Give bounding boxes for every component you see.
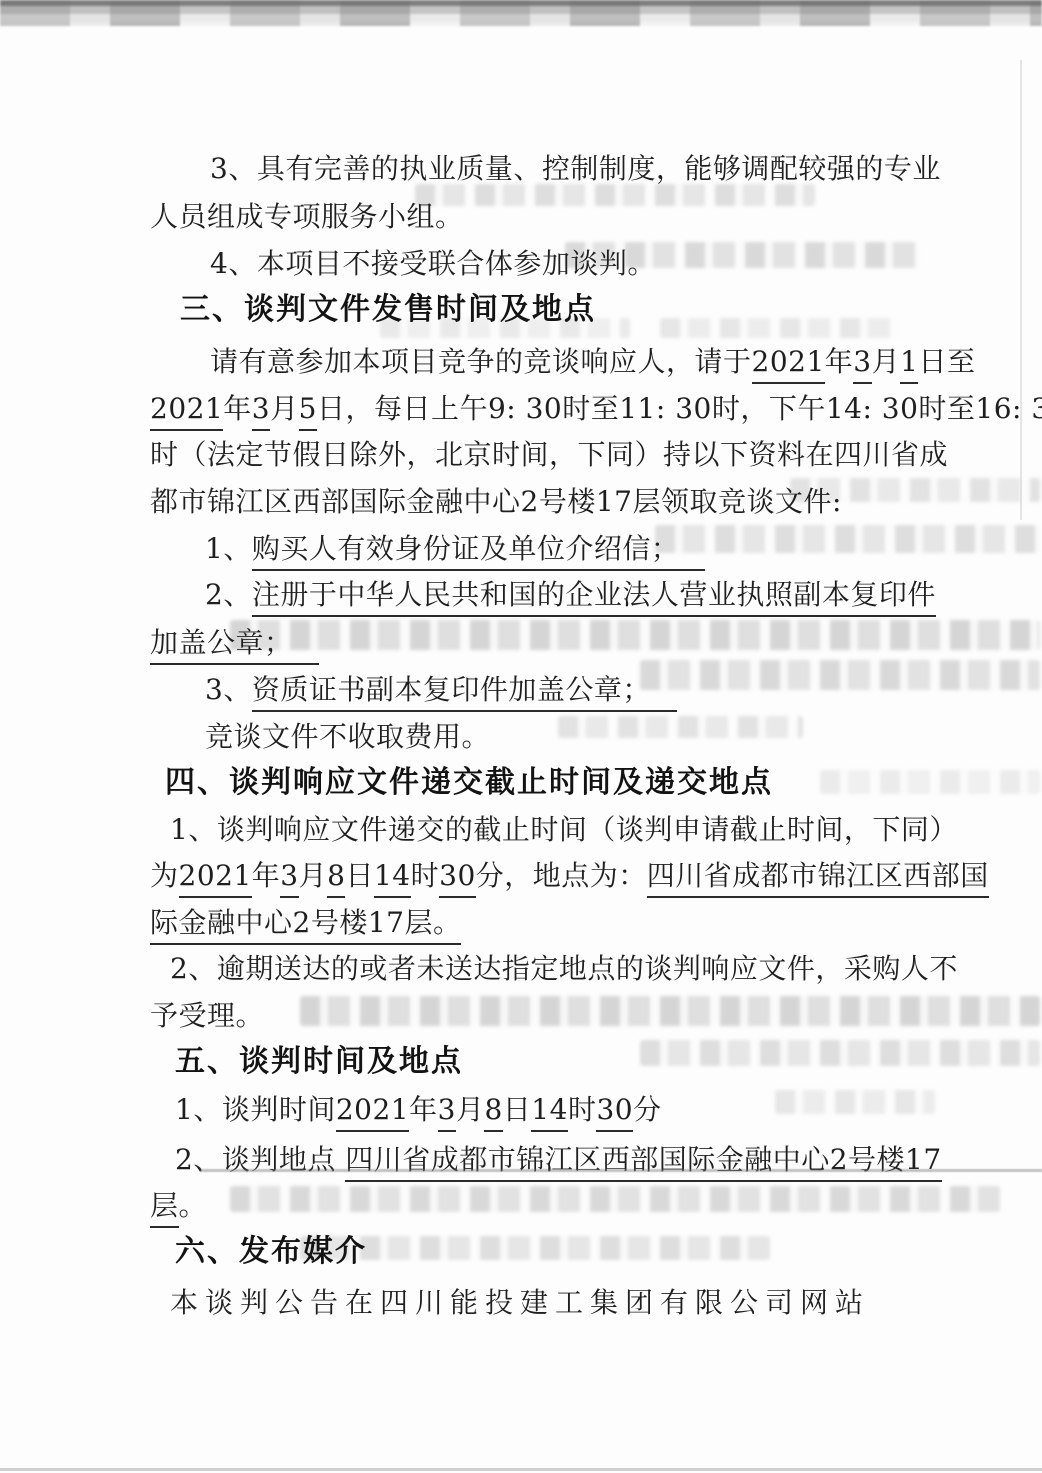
- text-segment: 月: [299, 859, 328, 893]
- text-segment: 为: [150, 859, 179, 893]
- text-line: 为2021年3月8日14时30分，地点为：四川省成都市锦江区西部国: [150, 859, 989, 898]
- text-segment: 分，地点为：: [476, 859, 647, 893]
- text-line: 2、注册于中华人民共和国的企业法人营业执照副本复印件: [205, 578, 936, 617]
- ghost-text-band: [230, 1186, 1000, 1212]
- text-line: 加盖公章；: [150, 626, 319, 665]
- text-segment: 3、: [205, 673, 252, 707]
- ghost-text-band: [640, 660, 1040, 690]
- text-segment: 时（法定节假日除外，北京时间，下同）持以下资料在四川省成: [150, 438, 948, 472]
- ghost-text-band: [415, 184, 815, 206]
- underlined-text-segment: 层: [150, 1189, 179, 1228]
- text-segment: 1、: [205, 532, 252, 566]
- text-segment: 本谈判公告在四川能投建工集团有限公司网站: [170, 1286, 870, 1320]
- text-line: 3、资质证书副本复印件加盖公章；: [205, 673, 677, 712]
- underlined-text-segment: 资质证书副本复印件加盖公章；: [252, 673, 677, 712]
- ghost-text-band: [660, 318, 900, 338]
- text-line: 层。: [150, 1189, 207, 1228]
- underlined-text-segment: 30: [439, 859, 476, 898]
- underlined-text-segment: 3: [438, 1093, 456, 1132]
- scan-edge-artifact-bottom: [0, 1468, 1042, 1471]
- ghost-text-band: [775, 1090, 935, 1114]
- text-segment: 1、谈判时间: [175, 1093, 336, 1127]
- text-line: 1、购买人有效身份证及单位介绍信；: [205, 532, 705, 571]
- underlined-text-segment: 2021: [179, 859, 252, 898]
- underlined-text-segment: 30: [596, 1093, 633, 1132]
- text-segment: 时: [411, 859, 440, 893]
- underlined-text-segment: 5: [299, 392, 317, 431]
- text-segment: 三、谈判文件发售时间及地点: [180, 293, 596, 327]
- text-segment: 时: [568, 1093, 597, 1127]
- underlined-text-segment: 2021: [752, 345, 825, 384]
- ghost-text-band: [558, 716, 803, 738]
- text-line: 都市锦江区西部国际金融中心2号楼17层领取竞谈文件:: [150, 485, 842, 519]
- text-segment: 四、谈判响应文件递交截止时间及递交地点: [165, 766, 773, 800]
- text-segment: 年: [409, 1093, 438, 1127]
- section-heading: 五、谈判时间及地点: [175, 1045, 463, 1079]
- text-segment: 月: [872, 345, 901, 379]
- text-segment: 人员组成专项服务小组。: [150, 200, 464, 234]
- text-line: 际金融中心2号楼17层。: [150, 906, 461, 945]
- text-line: 予受理。: [150, 999, 264, 1033]
- text-line: 时（法定节假日除外，北京时间，下同）持以下资料在四川省成: [150, 438, 948, 472]
- section-heading: 四、谈判响应文件递交截止时间及递交地点: [165, 766, 773, 800]
- text-segment: 五、谈判时间及地点: [175, 1045, 463, 1079]
- text-segment: 2、逾期送达的或者未送达指定地点的谈判响应文件，采购人不: [170, 952, 958, 986]
- text-segment: 分: [633, 1093, 662, 1127]
- underlined-text-segment: 8: [484, 1093, 502, 1132]
- ghost-text-band: [655, 525, 1040, 553]
- text-line: 竞谈文件不收取费用。: [205, 720, 490, 754]
- text-segment: 日: [345, 859, 374, 893]
- scan-edge-artifact-top: [0, 0, 1042, 26]
- scan-edge-artifact-right: [1020, 60, 1022, 520]
- text-line: 2、谈判地点 四川省成都市锦江区西部国际金融中心2号楼17: [175, 1143, 942, 1182]
- ghost-text-band: [230, 620, 1040, 650]
- text-line: 1、谈判时间2021年3月8日14时30分: [175, 1093, 662, 1132]
- text-segment: 年: [223, 392, 252, 426]
- underlined-text-segment: 注册于中华人民共和国的企业法人营业执照副本复印件: [252, 578, 936, 617]
- text-segment: 月: [456, 1093, 485, 1127]
- underlined-text-segment: 8: [327, 859, 345, 898]
- underlined-text-segment: 1: [900, 345, 918, 384]
- text-segment: 请有意参加本项目竞争的竞谈响应人，请于: [210, 345, 752, 379]
- scanned-document-page: 3、具有完善的执业质量、控制制度，能够调配较强的专业人员组成专项服务小组。4、本…: [0, 0, 1042, 1473]
- scan-line-artifact: [200, 1169, 1042, 1172]
- text-segment: 日: [503, 1093, 532, 1127]
- underlined-text-segment: 加盖公章；: [150, 626, 319, 665]
- text-line: 1、谈判响应文件递交的截止时间（谈判申请截止时间，下同）: [170, 813, 958, 847]
- section-heading: 六、发布媒介: [175, 1235, 367, 1269]
- text-segment: 日至: [918, 345, 975, 379]
- text-segment: 1、谈判响应文件递交的截止时间（谈判申请截止时间，下同）: [170, 813, 958, 847]
- underlined-text-segment: 3: [853, 345, 871, 384]
- text-line: 4、本项目不接受联合体参加谈判。: [210, 247, 656, 281]
- text-segment: 六、发布媒介: [175, 1235, 367, 1269]
- text-segment: 2、: [205, 578, 252, 612]
- text-line: 请有意参加本项目竞争的竞谈响应人，请于2021年3月1日至: [210, 345, 975, 384]
- ghost-text-band: [640, 1040, 1040, 1066]
- underlined-text-segment: 际金融中心2号楼17层。: [150, 906, 461, 945]
- underlined-text-segment: 14: [374, 859, 411, 898]
- underlined-text-segment: 3: [280, 859, 298, 898]
- text-segment: 月: [270, 392, 299, 426]
- text-segment: 年: [252, 859, 281, 893]
- underlined-text-segment: 2021: [150, 392, 223, 431]
- underlined-text-segment: 四川省成都市锦江区西部国际金融中心2号楼17: [345, 1143, 941, 1182]
- text-segment: 3、具有完善的执业质量、控制制度，能够调配较强的专业: [210, 152, 941, 186]
- underlined-text-segment: 3: [252, 392, 270, 431]
- ghost-text-band: [300, 996, 1040, 1026]
- text-line: 本谈判公告在四川能投建工集团有限公司网站: [170, 1286, 870, 1320]
- underlined-text-segment: 14: [531, 1093, 568, 1132]
- underlined-text-segment: 2021: [336, 1093, 409, 1132]
- text-segment: 4、本项目不接受联合体参加谈判。: [210, 247, 656, 281]
- text-line: 2021年3月5日，每日上午9: 30时至11: 30时，下午14: 30时至1…: [150, 392, 1042, 431]
- text-segment: 竞谈文件不收取费用。: [205, 720, 490, 754]
- text-line: 人员组成专项服务小组。: [150, 200, 464, 234]
- section-heading: 三、谈判文件发售时间及地点: [180, 293, 596, 327]
- underlined-text-segment: 四川省成都市锦江区西部国: [647, 859, 989, 898]
- ghost-text-band: [820, 770, 1040, 794]
- text-segment: 年: [825, 345, 854, 379]
- text-segment: 予受理。: [150, 999, 264, 1033]
- text-line: 3、具有完善的执业质量、控制制度，能够调配较强的专业: [210, 152, 941, 186]
- text-segment: 。: [179, 1189, 208, 1223]
- underlined-text-segment: 购买人有效身份证及单位介绍信；: [252, 532, 706, 571]
- text-line: 2、逾期送达的或者未送达指定地点的谈判响应文件，采购人不: [170, 952, 958, 986]
- text-segment: 都市锦江区西部国际金融中心2号楼17层领取竞谈文件:: [150, 485, 842, 519]
- text-segment: 日，每日上午9: 30时至11: 30时，下午14: 30时至16: 30: [317, 392, 1042, 426]
- ghost-text-band: [300, 1236, 770, 1260]
